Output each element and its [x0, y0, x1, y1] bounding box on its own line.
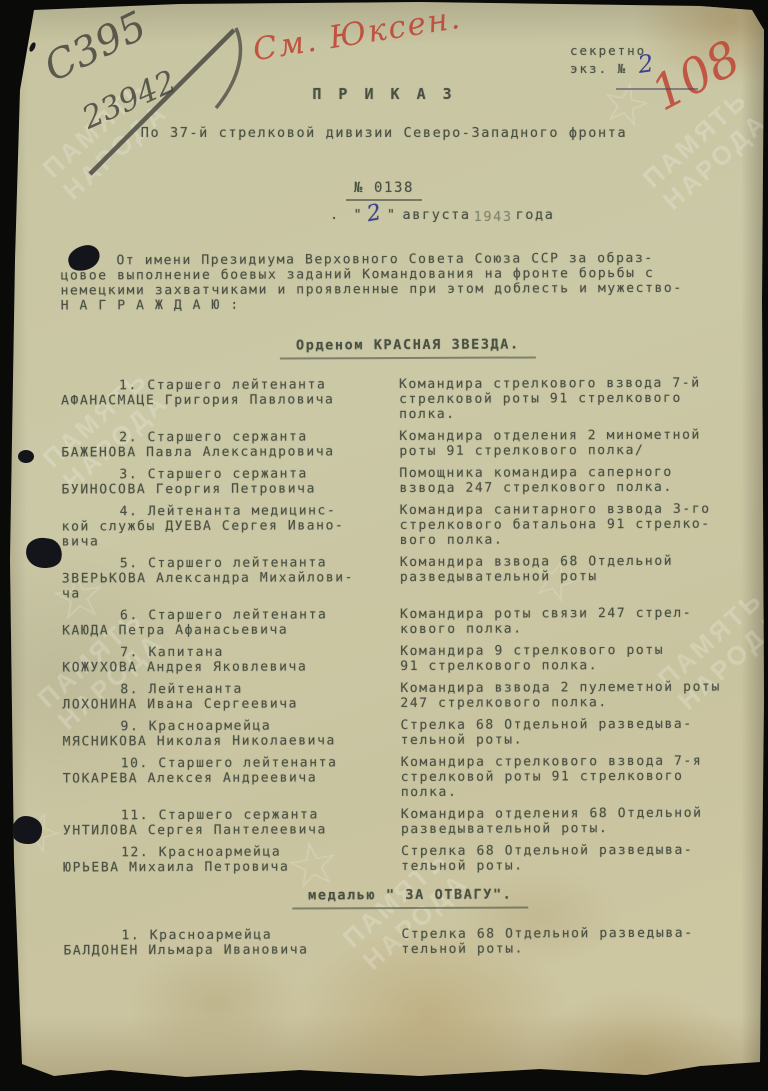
- award-position: Командира санитарного взвода 3-го стрелк…: [400, 501, 756, 548]
- award-recipient: 7. Капитана КОЖУХОВА Андрея Яковлевича: [62, 644, 400, 675]
- preamble: От имени Президиума Верховного Совета Со…: [60, 250, 754, 313]
- section-heading-order-red-star: Орденом КРАСНАЯ ЗВЕЗДА.: [61, 332, 755, 360]
- award-recipient: 6. Старшего лейтенанта КАЮДА Петра Афана…: [62, 607, 400, 638]
- award-recipient: 12. Красноармейца ЮРЬЕВА Михаила Петрови…: [63, 844, 401, 875]
- copy-label: экз. №: [570, 60, 646, 78]
- award-entry: 7. Капитана КОЖУХОВА Андрея Яковлевича К…: [62, 642, 756, 675]
- award-recipient: 11. Старшего сержанта УНТИЛОВА Сергея Па…: [63, 807, 401, 838]
- award-recipient: 4. Лейтенанта медицинс- кой службы ДУЕВА…: [62, 503, 400, 549]
- award-recipient: 9. Красноармейца МЯСНИКОВА Николая Никол…: [62, 718, 400, 749]
- date-open-quote: ": [353, 207, 363, 223]
- award-position: Стрелка 68 Отдельной разведыва- тельной …: [401, 842, 757, 874]
- hole-punch: [12, 816, 42, 844]
- date-close-quote: ": [387, 207, 397, 223]
- classification-block: секретно экз. №: [570, 42, 646, 78]
- date-year-word: года: [516, 207, 555, 223]
- award-entry: 8. Лейтенанта ЛОХОНИНА Ивана Сергеевича …: [62, 679, 756, 712]
- award-position: Командира взвода 2 пулеметной роты 247 с…: [400, 679, 756, 711]
- date-prefix: .: [330, 207, 340, 223]
- page-subtitle: По 37-й стрелковой дивизии Северо-Западн…: [141, 125, 627, 141]
- award-entry: 9. Красноармейца МЯСНИКОВА Николая Никол…: [62, 716, 756, 749]
- award-recipient: 1. Красноармейца БАЛДОНЕН Ильмара Иванов…: [63, 927, 401, 958]
- award-recipient: 8. Лейтенанта ЛОХОНИНА Ивана Сергеевича: [62, 681, 400, 712]
- award-entry: 12. Красноармейца ЮРЬЕВА Михаила Петрови…: [63, 842, 757, 875]
- subtitle-wrap: По 37-й стрелковой дивизии Северо-Западн…: [0, 122, 768, 141]
- copy-number-handwritten: 2: [636, 49, 655, 79]
- award-position: Командира взвода 68 Отдельной разведыват…: [400, 553, 756, 600]
- award-entry: 5. Старшего лейтенанта ЗВЕРЬКОВА Алексан…: [62, 553, 756, 601]
- date-month: августа: [403, 207, 471, 223]
- award-recipient: 10. Старшего лейтенанта ТОКАРЕВА Алексея…: [63, 755, 401, 801]
- award-position: Командира отделения 2 минометной роты 91…: [399, 427, 755, 459]
- award-entry: 1. Красноармейца БАЛДОНЕН Ильмара Иванов…: [63, 925, 757, 958]
- order-date: . "2"августа1943года: [330, 205, 554, 223]
- award-entry: 4. Лейтенанта медицинс- кой службы ДУЕВА…: [62, 501, 756, 549]
- date-year: 1943: [474, 209, 513, 225]
- section-heading-medal-za-otvagu: медалью " ЗА ОТВАГУ".: [63, 882, 757, 910]
- award-recipient: 2. Старшего сержанта БАЖЕНОВА Павла Алек…: [61, 429, 399, 460]
- hole-punch: [18, 450, 34, 463]
- award-entry: 1. Старшего лейтенанта АФАНАСМАЦЕ Григор…: [61, 375, 755, 423]
- award-recipient: 3. Старшего сержанта БУИНОСОВА Георгия П…: [61, 466, 399, 497]
- order-number-wrap: № 0138: [0, 177, 768, 201]
- page-title: П Р И К А З: [312, 85, 455, 103]
- date-day-handwritten: 2: [366, 205, 384, 222]
- document-page: ПАМЯТЬ НАРОДА ПАМЯТЬ НАРОДА ПАМЯТЬ НАРОД…: [0, 0, 768, 1091]
- award-position: Стрелка 68 Отдельной разведыва- тельной …: [401, 925, 757, 957]
- award-recipient: 1. Старшего лейтенанта АФАНАСМАЦЕ Григор…: [61, 377, 399, 423]
- award-entry: 10. Старшего лейтенанта ТОКАРЕВА Алексея…: [63, 753, 757, 801]
- hole-punch: [24, 535, 65, 571]
- award-position: Командира 9 стрелкового роты 91 стрелков…: [400, 642, 756, 674]
- order-number: № 0138: [346, 181, 422, 201]
- award-position: Стрелка 68 Отдельной разведыва- тельной …: [400, 716, 756, 748]
- award-position: Командира роты связи 247 стрел- кового п…: [400, 605, 756, 637]
- award-entry: 3. Старшего сержанта БУИНОСОВА Георгия П…: [61, 464, 755, 497]
- award-recipient: 5. Старшего лейтенанта ЗВЕРЬКОВА Алексан…: [62, 555, 400, 601]
- header: П Р И К А З: [0, 84, 768, 103]
- award-position: Командира стрелкового взвода 7-й стрелко…: [399, 375, 755, 422]
- award-entry: 6. Старшего лейтенанта КАЮДА Петра Афана…: [62, 605, 756, 638]
- red-page-number: 108: [642, 30, 749, 122]
- award-position: Командира стрелкового взвода 7-я стрелко…: [401, 753, 757, 800]
- order-body: От имени Президиума Верховного Совета Со…: [60, 250, 757, 965]
- award-entry: 2. Старшего сержанта БАЖЕНОВА Павла Алек…: [61, 427, 755, 460]
- red-annotation: См. Юксен.: [250, 0, 464, 68]
- secrecy-label: секретно: [570, 42, 646, 60]
- award-position: Командира отделения 68 Отдельной разведы…: [401, 805, 757, 837]
- award-entry: 11. Старшего сержанта УНТИЛОВА Сергея Па…: [63, 805, 757, 838]
- award-position: Помощника командира саперного взвода 247…: [399, 464, 755, 496]
